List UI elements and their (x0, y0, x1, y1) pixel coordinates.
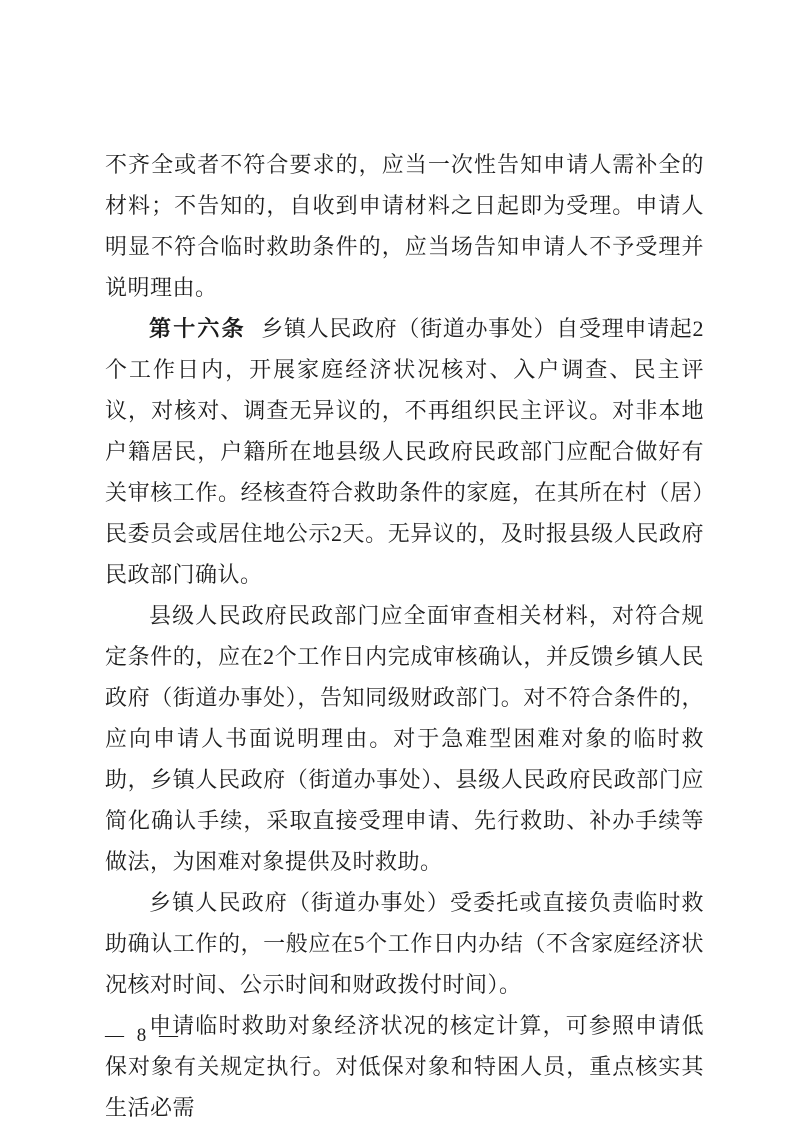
paragraph-continuation: 不齐全或者不符合要求的，应当一次性告知申请人需补全的材料；不告知的，自收到申请材… (105, 144, 704, 308)
page-body-text: 不齐全或者不符合要求的，应当一次性告知申请人需补全的材料；不告知的，自收到申请材… (105, 144, 704, 1122)
paragraph-county-review: 县级人民政府民政部门应全面审查相关材料，对符合规定条件的，应在2个工作日内完成审… (105, 595, 704, 882)
paragraph-article-16: 第十六条乡镇人民政府（街道办事处）自受理申请起2个工作日内，开展家庭经济状况核对… (105, 308, 704, 595)
article-16-body: 乡镇人民政府（街道办事处）自受理申请起2个工作日内，开展家庭经济状况核对、入户调… (105, 316, 704, 587)
page-number: — 8 — (105, 1022, 182, 1050)
document-page: 不齐全或者不符合要求的，应当一次性告知申请人需补全的材料；不告知的，自收到申请材… (0, 0, 793, 1122)
paragraph-economic-verification: 申请临时救助对象经济状况的核定计算，可参照申请低保对象有关规定执行。对低保对象和… (105, 1005, 704, 1122)
paragraph-township-handling: 乡镇人民政府（街道办事处）受委托或直接负责临时救助确认工作的，一般应在5个工作日… (105, 882, 704, 1005)
article-16-number: 第十六条 (149, 316, 246, 341)
